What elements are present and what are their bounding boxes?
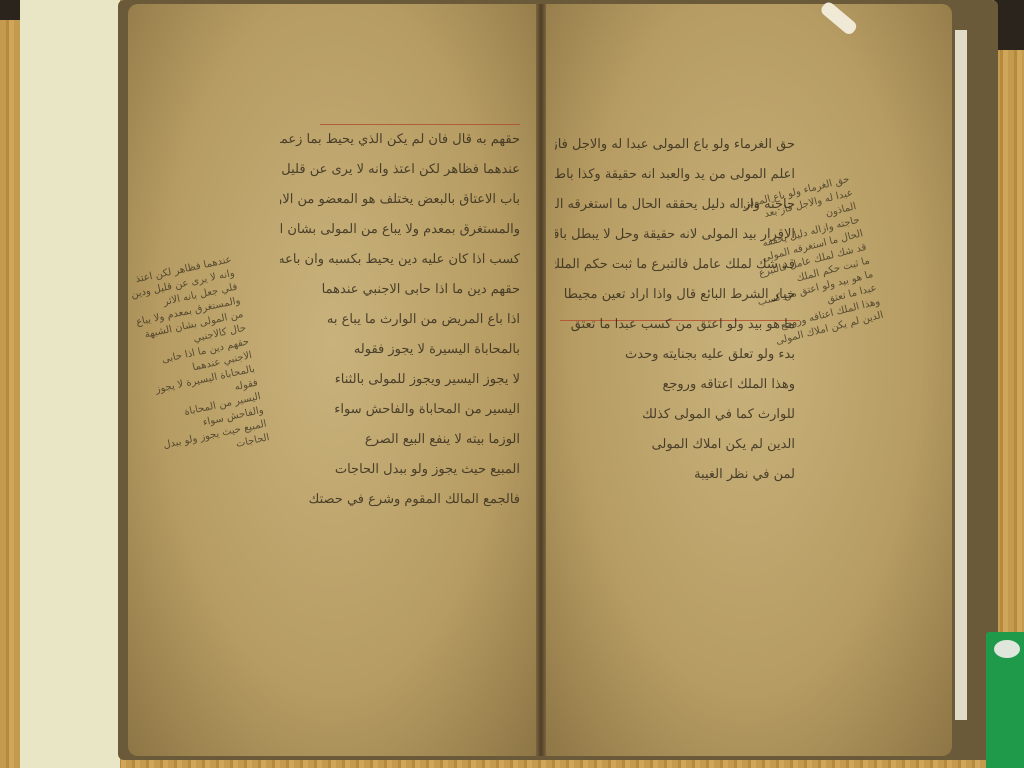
- text-line: لمن في نظر الغيبة: [555, 460, 795, 490]
- text-line: حق الغرماء ولو باع المولى عبدا له والاجل…: [555, 130, 795, 160]
- left-page-text: حقهم به قال فان لم يكن الذي يحيط بما زعم…: [280, 125, 520, 615]
- dark-corner-right: [994, 0, 1024, 50]
- text-line: حقهم دين ما اذا حابى الاجنبي عندهما: [280, 275, 520, 305]
- text-line: فالجمع المالك المقوم وشرع في حصتك: [280, 485, 520, 515]
- text-line: الوزما بيته لا ينفع البيع الصرع: [280, 425, 520, 455]
- text-line: باب الاعتاق بالبعض يختلف هو المعضو من ال…: [280, 185, 520, 215]
- text-line: حقهم به قال فان لم يكن الذي يحيط بما زعم…: [280, 125, 520, 155]
- text-line: لا يجوز اليسير ويجوز للمولى بالثناء: [280, 365, 520, 395]
- text-line: بدء ولو تعلق عليه بجنايته وحدث: [555, 340, 795, 370]
- box-label: [994, 640, 1020, 658]
- text-line: عندهما فظاهر لكن اعتذ وانه لا يرى عن قلي…: [280, 155, 520, 185]
- text-line: وهذا الملك اعتاقه وروجع: [555, 370, 795, 400]
- text-line: كسب اذا كان عليه دين يحيط بكسبه وان باعه…: [280, 245, 520, 275]
- text-line: اعلم المولى من يد والعبد انه حقيقة وكذا …: [555, 160, 795, 190]
- text-line: اذا باع المريض من الوارث ما يباع به: [280, 305, 520, 335]
- dark-corner: [0, 0, 20, 20]
- book-gutter: [536, 4, 546, 756]
- text-line: اليسير من المحاباة والفاحش سواء: [280, 395, 520, 425]
- text-line: بالمحاباة اليسيرة لا يجوز فقوله: [280, 335, 520, 365]
- text-line: والمستغرق بمعدم ولا يباع من المولى بشان …: [280, 215, 520, 245]
- text-line: الدين لم يكن املاك المولى: [555, 430, 795, 460]
- text-line: للوارث كما في المولى كذلك: [555, 400, 795, 430]
- white-board: [20, 0, 120, 768]
- text-line: المبيع حيث يجوز ولو ببدل الحاجات: [280, 455, 520, 485]
